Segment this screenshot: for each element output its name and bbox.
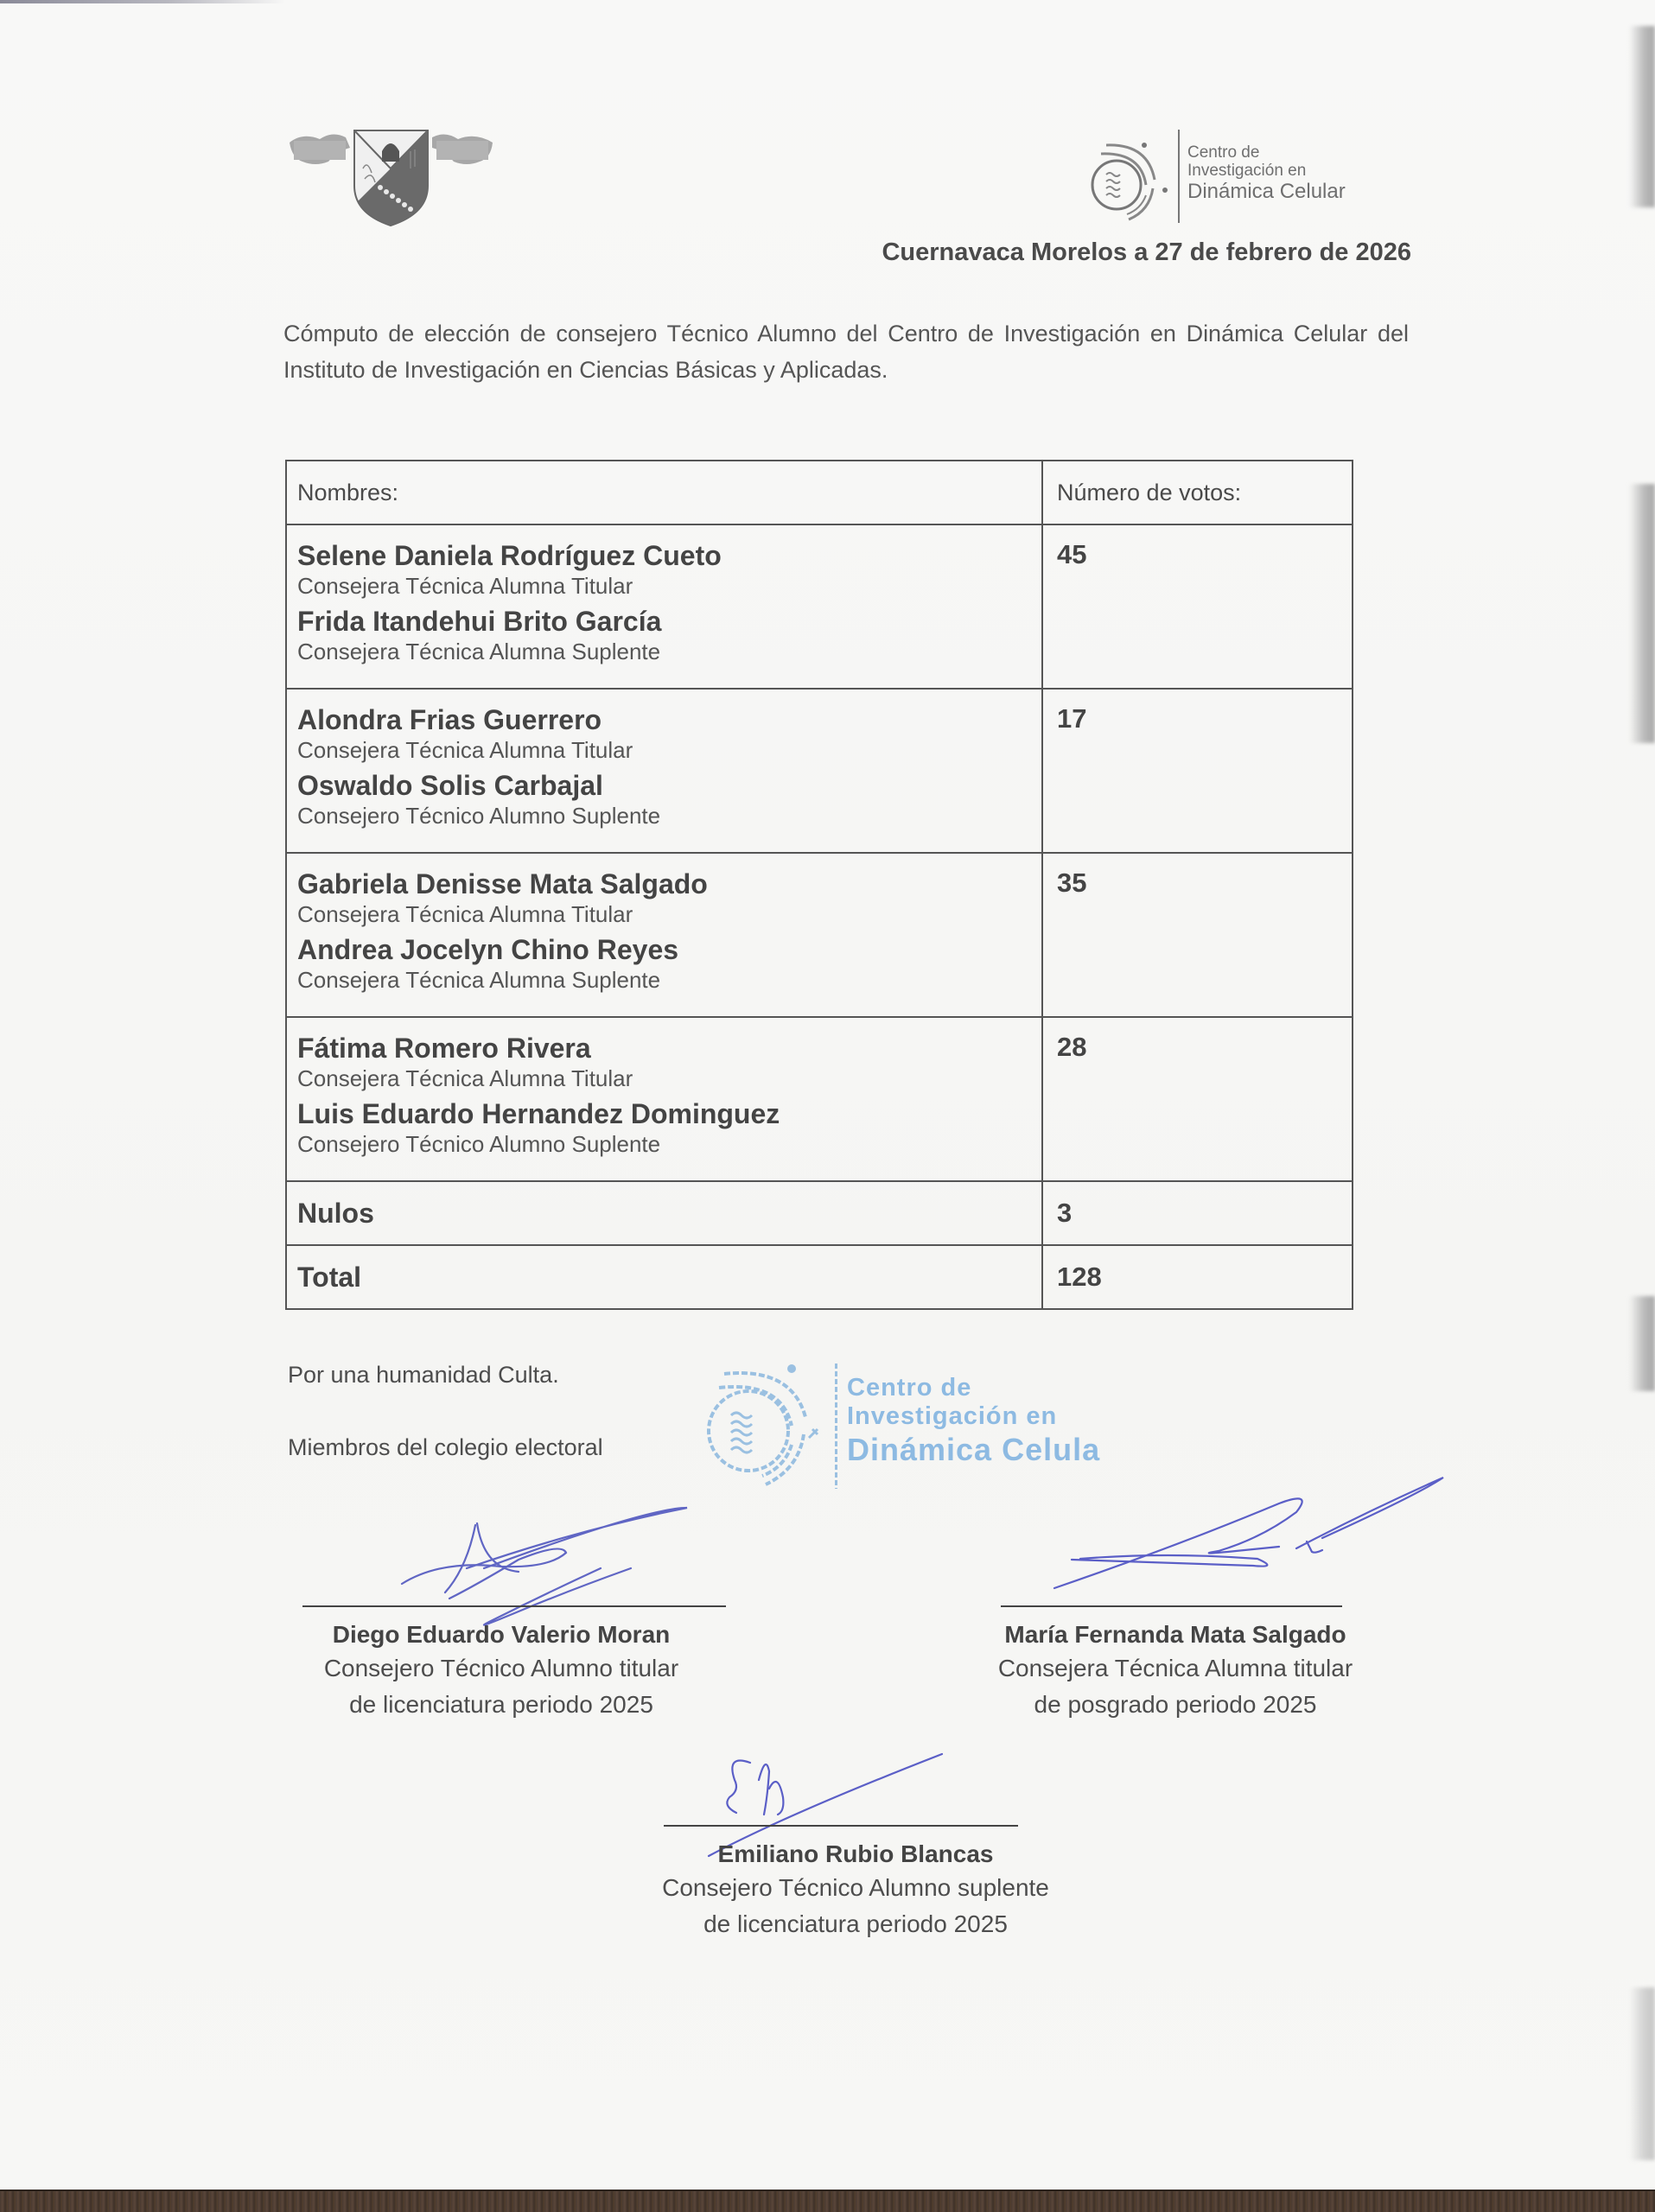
header-votes: Número de votos: — [1042, 461, 1353, 524]
suplente-role: Consejera Técnica Alumna Suplente — [297, 966, 1031, 994]
signatory-period: de licenciatura periodo 2025 — [277, 1687, 726, 1723]
table-row: Gabriela Denisse Mata Salgado Consejera … — [286, 853, 1353, 1017]
titular-role: Consejera Técnica Alumna Titular — [297, 572, 1031, 600]
cell-dynamics-icon — [1080, 137, 1175, 223]
suplente-name: Oswaldo Solis Carbajal — [297, 769, 1031, 802]
votes-value: 45 — [1042, 524, 1353, 689]
stamp-text-line2: Investigación en — [847, 1402, 1100, 1431]
suplente-role: Consejero Técnico Alumno Suplente — [297, 1130, 1031, 1158]
table-row: Fátima Romero Rivera Consejera Técnica A… — [286, 1017, 1353, 1181]
signatory-period: de licenciatura periodo 2025 — [622, 1906, 1089, 1942]
stamp-text-line3: Dinámica Celula — [847, 1432, 1100, 1467]
null-votes: 3 — [1042, 1181, 1353, 1245]
votes-value: 28 — [1042, 1017, 1353, 1181]
candidate-cell: Gabriela Denisse Mata Salgado Consejera … — [286, 853, 1042, 1017]
stamp-text-line1: Centro de — [847, 1374, 1100, 1402]
candidate-cell: Alondra Frias Guerrero Consejera Técnica… — [286, 689, 1042, 853]
table-row-nulls: Nulos 3 — [286, 1181, 1353, 1245]
scan-background — [0, 2190, 1655, 2212]
signatory-name: María Fernanda Mata Salgado — [959, 1619, 1391, 1650]
table-row: Selene Daniela Rodríguez Cueto Consejera… — [286, 524, 1353, 689]
signature-line — [664, 1825, 1018, 1827]
scan-edge-shadow — [1629, 484, 1655, 743]
logo-text-line1: Centro de — [1187, 143, 1346, 162]
table-row-total: Total 128 — [286, 1245, 1353, 1309]
signatory-name: Emiliano Rubio Blancas — [622, 1839, 1089, 1870]
total-label: Total — [286, 1245, 1042, 1309]
logo-text-line2: Investigación en — [1187, 162, 1346, 180]
date-line: Cuernavaca Morelos a 27 de febrero de 20… — [882, 238, 1411, 267]
scan-edge-shadow — [1629, 26, 1655, 207]
candidate-cell: Fátima Romero Rivera Consejera Técnica A… — [286, 1017, 1042, 1181]
titular-name: Selene Daniela Rodríguez Cueto — [297, 539, 1031, 572]
titular-role: Consejera Técnica Alumna Titular — [297, 1065, 1031, 1092]
signature-line — [302, 1605, 726, 1607]
stamp-divider — [835, 1363, 837, 1489]
signatory-block: Diego Eduardo Valerio Moran Consejero Té… — [277, 1605, 726, 1723]
total-votes: 128 — [1042, 1245, 1353, 1309]
signature-line — [1001, 1605, 1342, 1607]
titular-role: Consejera Técnica Alumna Titular — [297, 900, 1031, 928]
signatory-role: Consejero Técnico Alumno suplente — [622, 1870, 1089, 1906]
signatory-name: Diego Eduardo Valerio Moran — [277, 1619, 726, 1650]
cidc-logo: Centro de Investigación en Dinámica Celu… — [1080, 130, 1391, 229]
titular-name: Fátima Romero Rivera — [297, 1032, 1031, 1065]
table-row: Alondra Frias Guerrero Consejera Técnica… — [286, 689, 1353, 853]
signatory-role: Consejera Técnica Alumna titular — [959, 1650, 1391, 1687]
intro-paragraph: Cómputo de elección de consejero Técnico… — [283, 315, 1409, 388]
motto: Por una humanidad Culta. — [288, 1362, 559, 1389]
signatory-period: de posgrado periodo 2025 — [959, 1687, 1391, 1723]
suplente-role: Consejero Técnico Alumno Suplente — [297, 802, 1031, 829]
suplente-role: Consejera Técnica Alumna Suplente — [297, 638, 1031, 665]
university-crest-logo — [285, 125, 497, 227]
members-label: Miembros del colegio electoral — [288, 1434, 603, 1461]
votes-value: 35 — [1042, 853, 1353, 1017]
signatory-block: Emiliano Rubio Blancas Consejero Técnico… — [622, 1825, 1089, 1942]
scan-edge-shadow — [1629, 1296, 1655, 1391]
suplente-name: Luis Eduardo Hernandez Dominguez — [297, 1097, 1031, 1130]
signatory-role: Consejero Técnico Alumno titular — [277, 1650, 726, 1687]
logo-text-line3: Dinámica Celular — [1187, 181, 1346, 204]
signatory-block: María Fernanda Mata Salgado Consejera Té… — [959, 1605, 1391, 1723]
suplente-name: Andrea Jocelyn Chino Reyes — [297, 933, 1031, 966]
institution-stamp: Centro de Investigación en Dinámica Celu… — [698, 1355, 1104, 1493]
titular-name: Gabriela Denisse Mata Salgado — [297, 868, 1031, 900]
vote-count-table: Nombres: Número de votos: Selene Daniela… — [285, 460, 1353, 1310]
scan-edge-shadow — [0, 0, 285, 3]
document-page: Centro de Investigación en Dinámica Celu… — [0, 0, 1655, 2195]
stamp-cell-icon — [698, 1355, 828, 1491]
logo-divider — [1178, 130, 1180, 223]
candidate-cell: Selene Daniela Rodríguez Cueto Consejera… — [286, 524, 1042, 689]
titular-role: Consejera Técnica Alumna Titular — [297, 736, 1031, 764]
votes-value: 17 — [1042, 689, 1353, 853]
titular-name: Alondra Frias Guerrero — [297, 703, 1031, 736]
null-label: Nulos — [286, 1181, 1042, 1245]
table-header-row: Nombres: Número de votos: — [286, 461, 1353, 524]
header-names: Nombres: — [286, 461, 1042, 524]
suplente-name: Frida Itandehui Brito García — [297, 605, 1031, 638]
scan-edge-shadow — [1629, 1987, 1655, 2160]
